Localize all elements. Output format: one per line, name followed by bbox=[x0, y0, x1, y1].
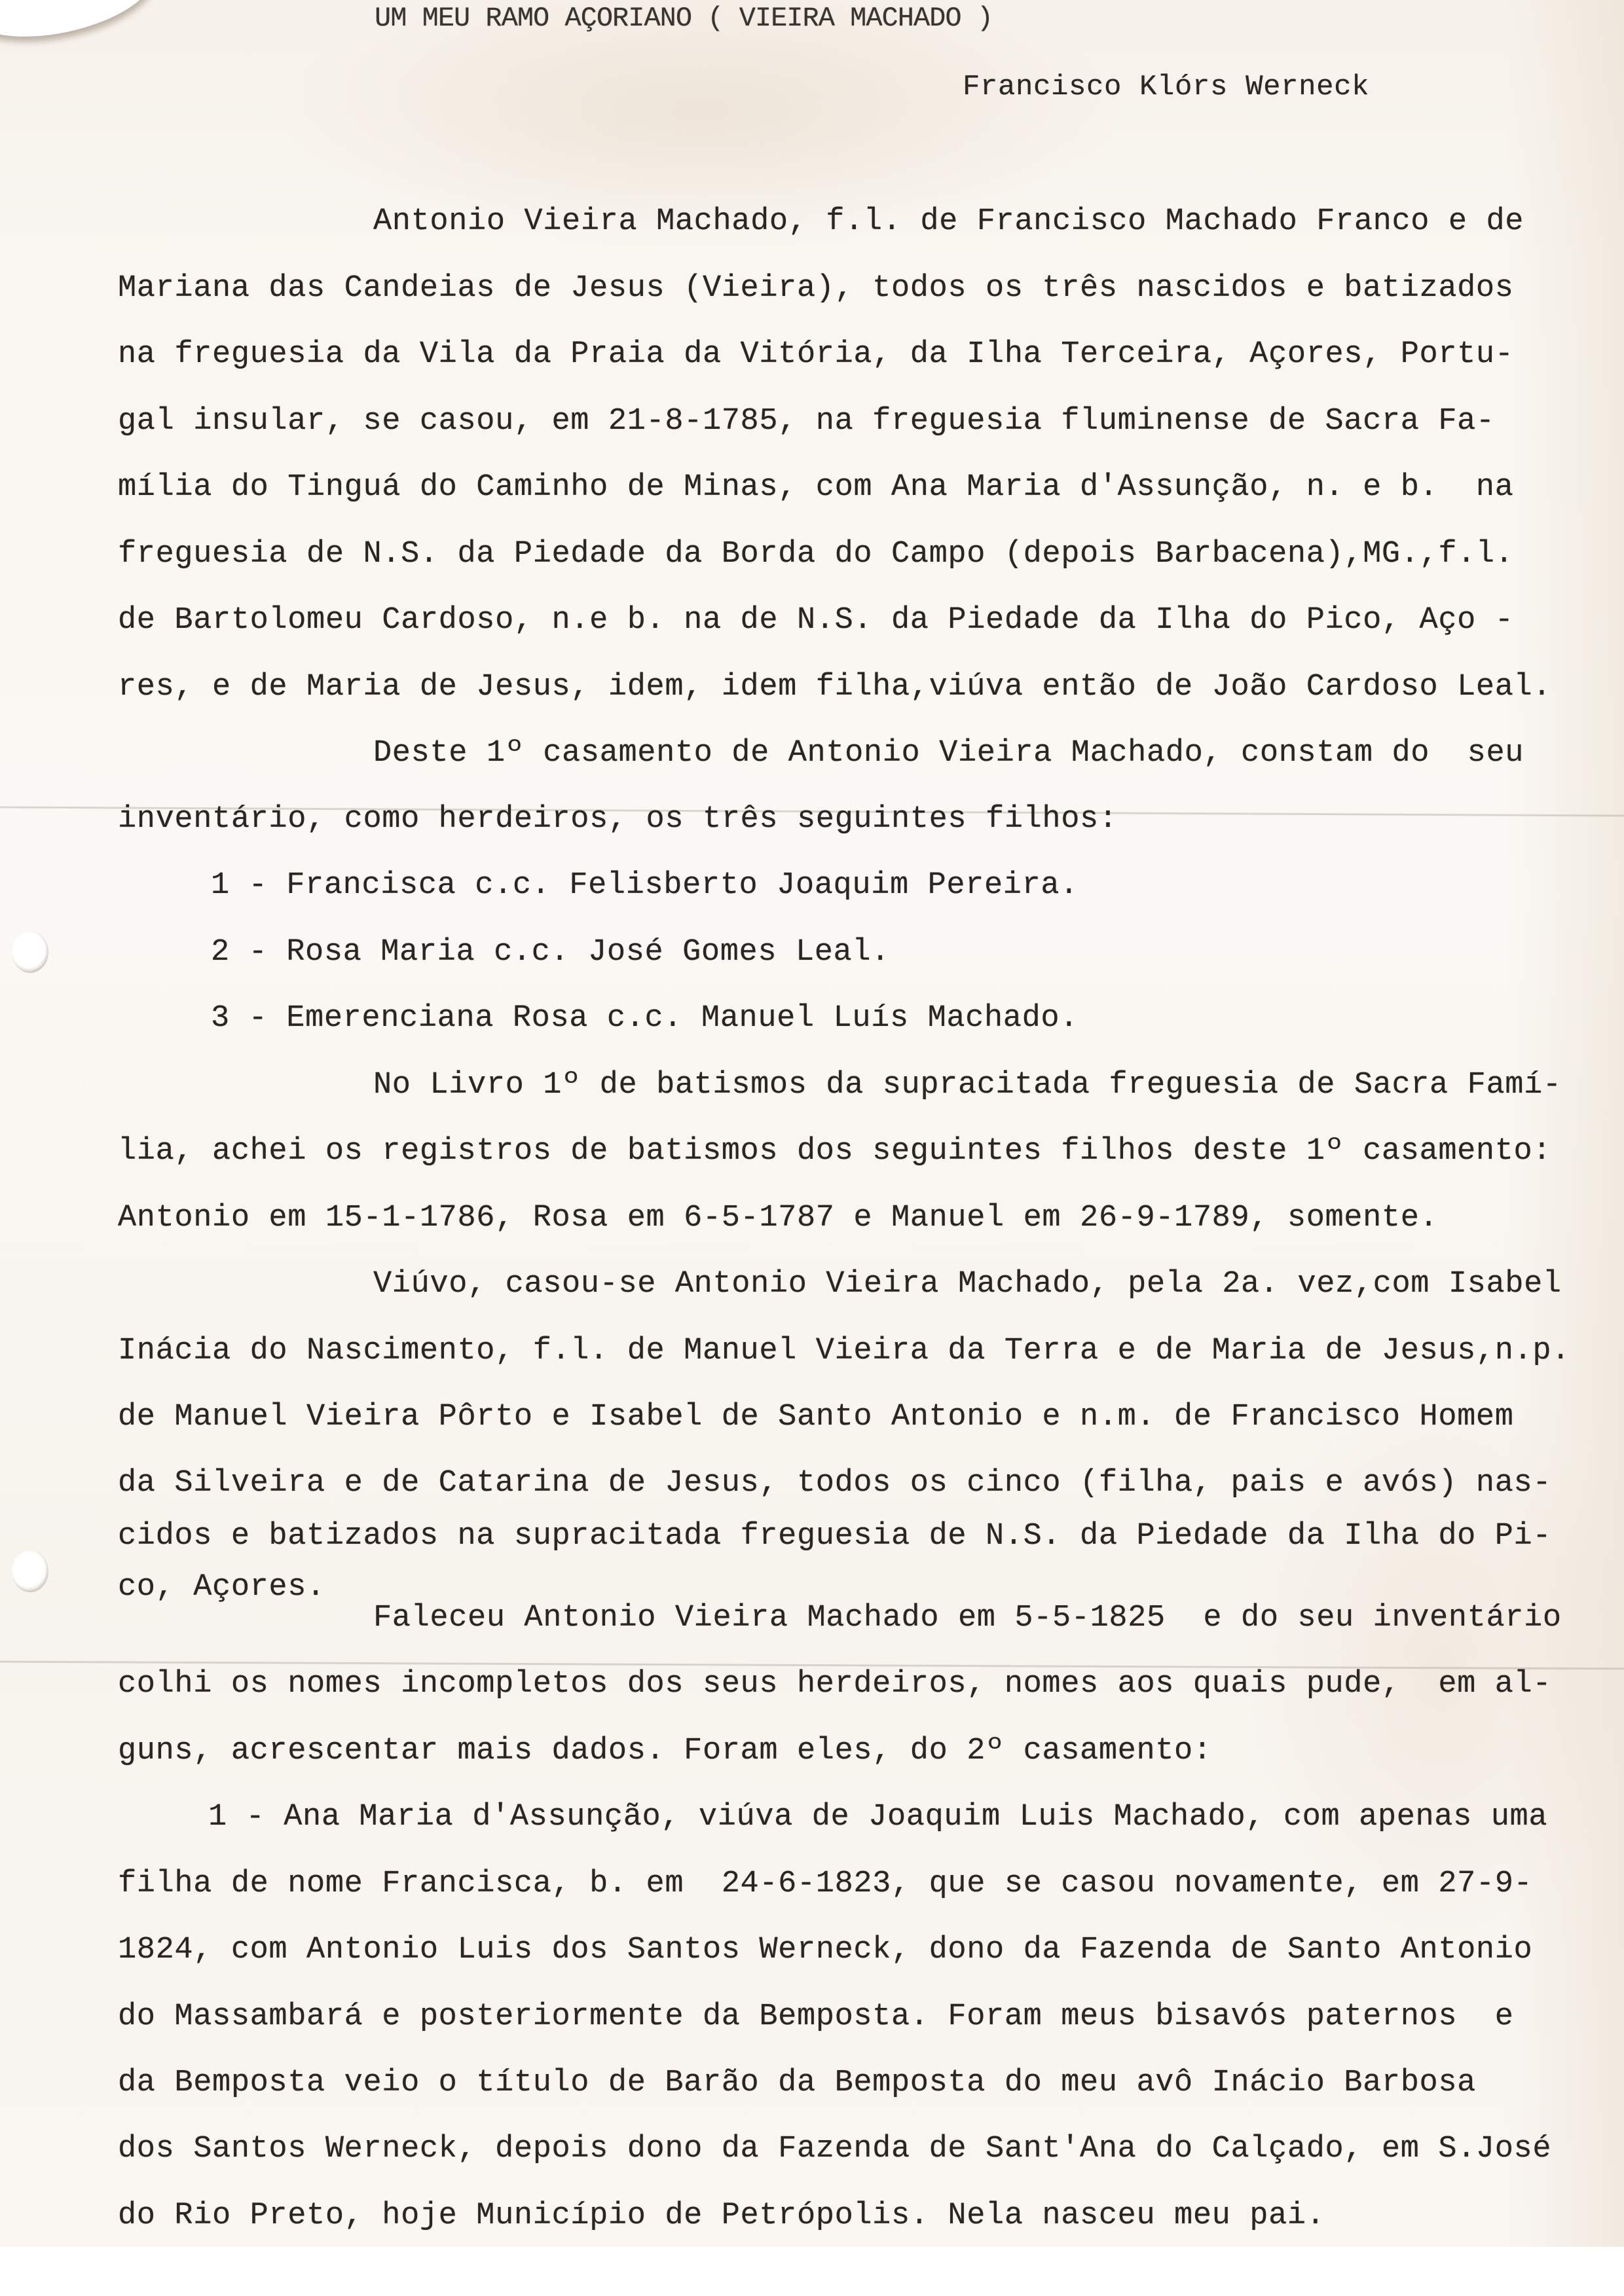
text-line: da Bemposta veio o título de Barão da Be… bbox=[118, 2066, 1476, 2100]
text-line: Viúvo, casou-se Antonio Vieira Machado, … bbox=[373, 1267, 1562, 1302]
text-line: No Livro 1º de batismos da supracitada f… bbox=[373, 1068, 1562, 1102]
text-line: co, Açores. bbox=[118, 1570, 325, 1605]
text-line: de Manuel Vieira Pôrto e Isabel de Santo… bbox=[118, 1400, 1514, 1434]
text-line: Mariana das Candeias de Jesus (Vieira), … bbox=[118, 271, 1514, 306]
text-line: dos Santos Werneck, depois dono da Fazen… bbox=[118, 2132, 1551, 2166]
paper-edge-discoloration bbox=[1506, 0, 1624, 2247]
list-item: 3 - Emerenciana Rosa c.c. Manuel Luís Ma… bbox=[211, 1001, 1079, 1036]
text-line: cidos e batizados na supracitada fregues… bbox=[118, 1519, 1551, 1554]
text-line: do Massambará e posteriormente da Bempos… bbox=[118, 1999, 1514, 2034]
text-line: de Bartolomeu Cardoso, n.e b. na de N.S.… bbox=[118, 603, 1514, 638]
text-line: Antonio Vieira Machado, f.l. de Francisc… bbox=[373, 204, 1524, 239]
text-line: mília do Tinguá do Caminho de Minas, com… bbox=[118, 470, 1514, 505]
text-line: res, e de Maria de Jesus, idem, idem fil… bbox=[118, 670, 1551, 704]
text-line: freguesia de N.S. da Piedade da Borda do… bbox=[118, 537, 1514, 572]
document-page: UM MEU RAMO AÇORIANO ( VIEIRA MACHADO ) … bbox=[0, 0, 1624, 2247]
text-line: na freguesia da Vila da Praia da Vitória… bbox=[118, 337, 1514, 372]
text-line: Antonio em 15-1-1786, Rosa em 6-5-1787 e… bbox=[118, 1201, 1438, 1235]
text-line: guns, acrescentar mais dados. Foram eles… bbox=[118, 1734, 1212, 1768]
document-author: Francisco Klórs Werneck bbox=[963, 71, 1369, 103]
text-line: Inácia do Nascimento, f.l. de Manuel Vie… bbox=[118, 1334, 1570, 1368]
punch-hole bbox=[12, 931, 48, 973]
list-item: 2 - Rosa Maria c.c. José Gomes Leal. bbox=[211, 935, 890, 970]
text-line: filha de nome Francisca, b. em 24-6-1823… bbox=[118, 1867, 1532, 1901]
folded-corner bbox=[0, 0, 164, 52]
punch-hole bbox=[12, 1550, 48, 1592]
text-line: gal insular, se casou, em 21-8-1785, na … bbox=[118, 404, 1495, 439]
text-line: da Silveira e de Catarina de Jesus, todo… bbox=[118, 1466, 1551, 1501]
text-line: 1824, com Antonio Luis dos Santos Wernec… bbox=[118, 1933, 1532, 1967]
list-item: 1 - Ana Maria d'Assunção, viúva de Joaqu… bbox=[208, 1800, 1547, 1834]
document-title: UM MEU RAMO AÇORIANO ( VIEIRA MACHADO ) bbox=[375, 3, 993, 34]
text-line: lia, achei os registros de batismos dos … bbox=[118, 1134, 1551, 1169]
text-line: Faleceu Antonio Vieira Machado em 5-5-18… bbox=[373, 1601, 1562, 1635]
text-line: inventário, como herdeiros, os três segu… bbox=[118, 802, 1118, 837]
text-line: Deste 1º casamento de Antonio Vieira Mac… bbox=[373, 736, 1524, 771]
list-item: 1 - Francisca c.c. Felisberto Joaquim Pe… bbox=[211, 868, 1079, 903]
text-line: do Rio Preto, hoje Município de Petrópol… bbox=[118, 2198, 1325, 2233]
text-line: colhi os nomes incompletos dos seus herd… bbox=[118, 1667, 1551, 1702]
